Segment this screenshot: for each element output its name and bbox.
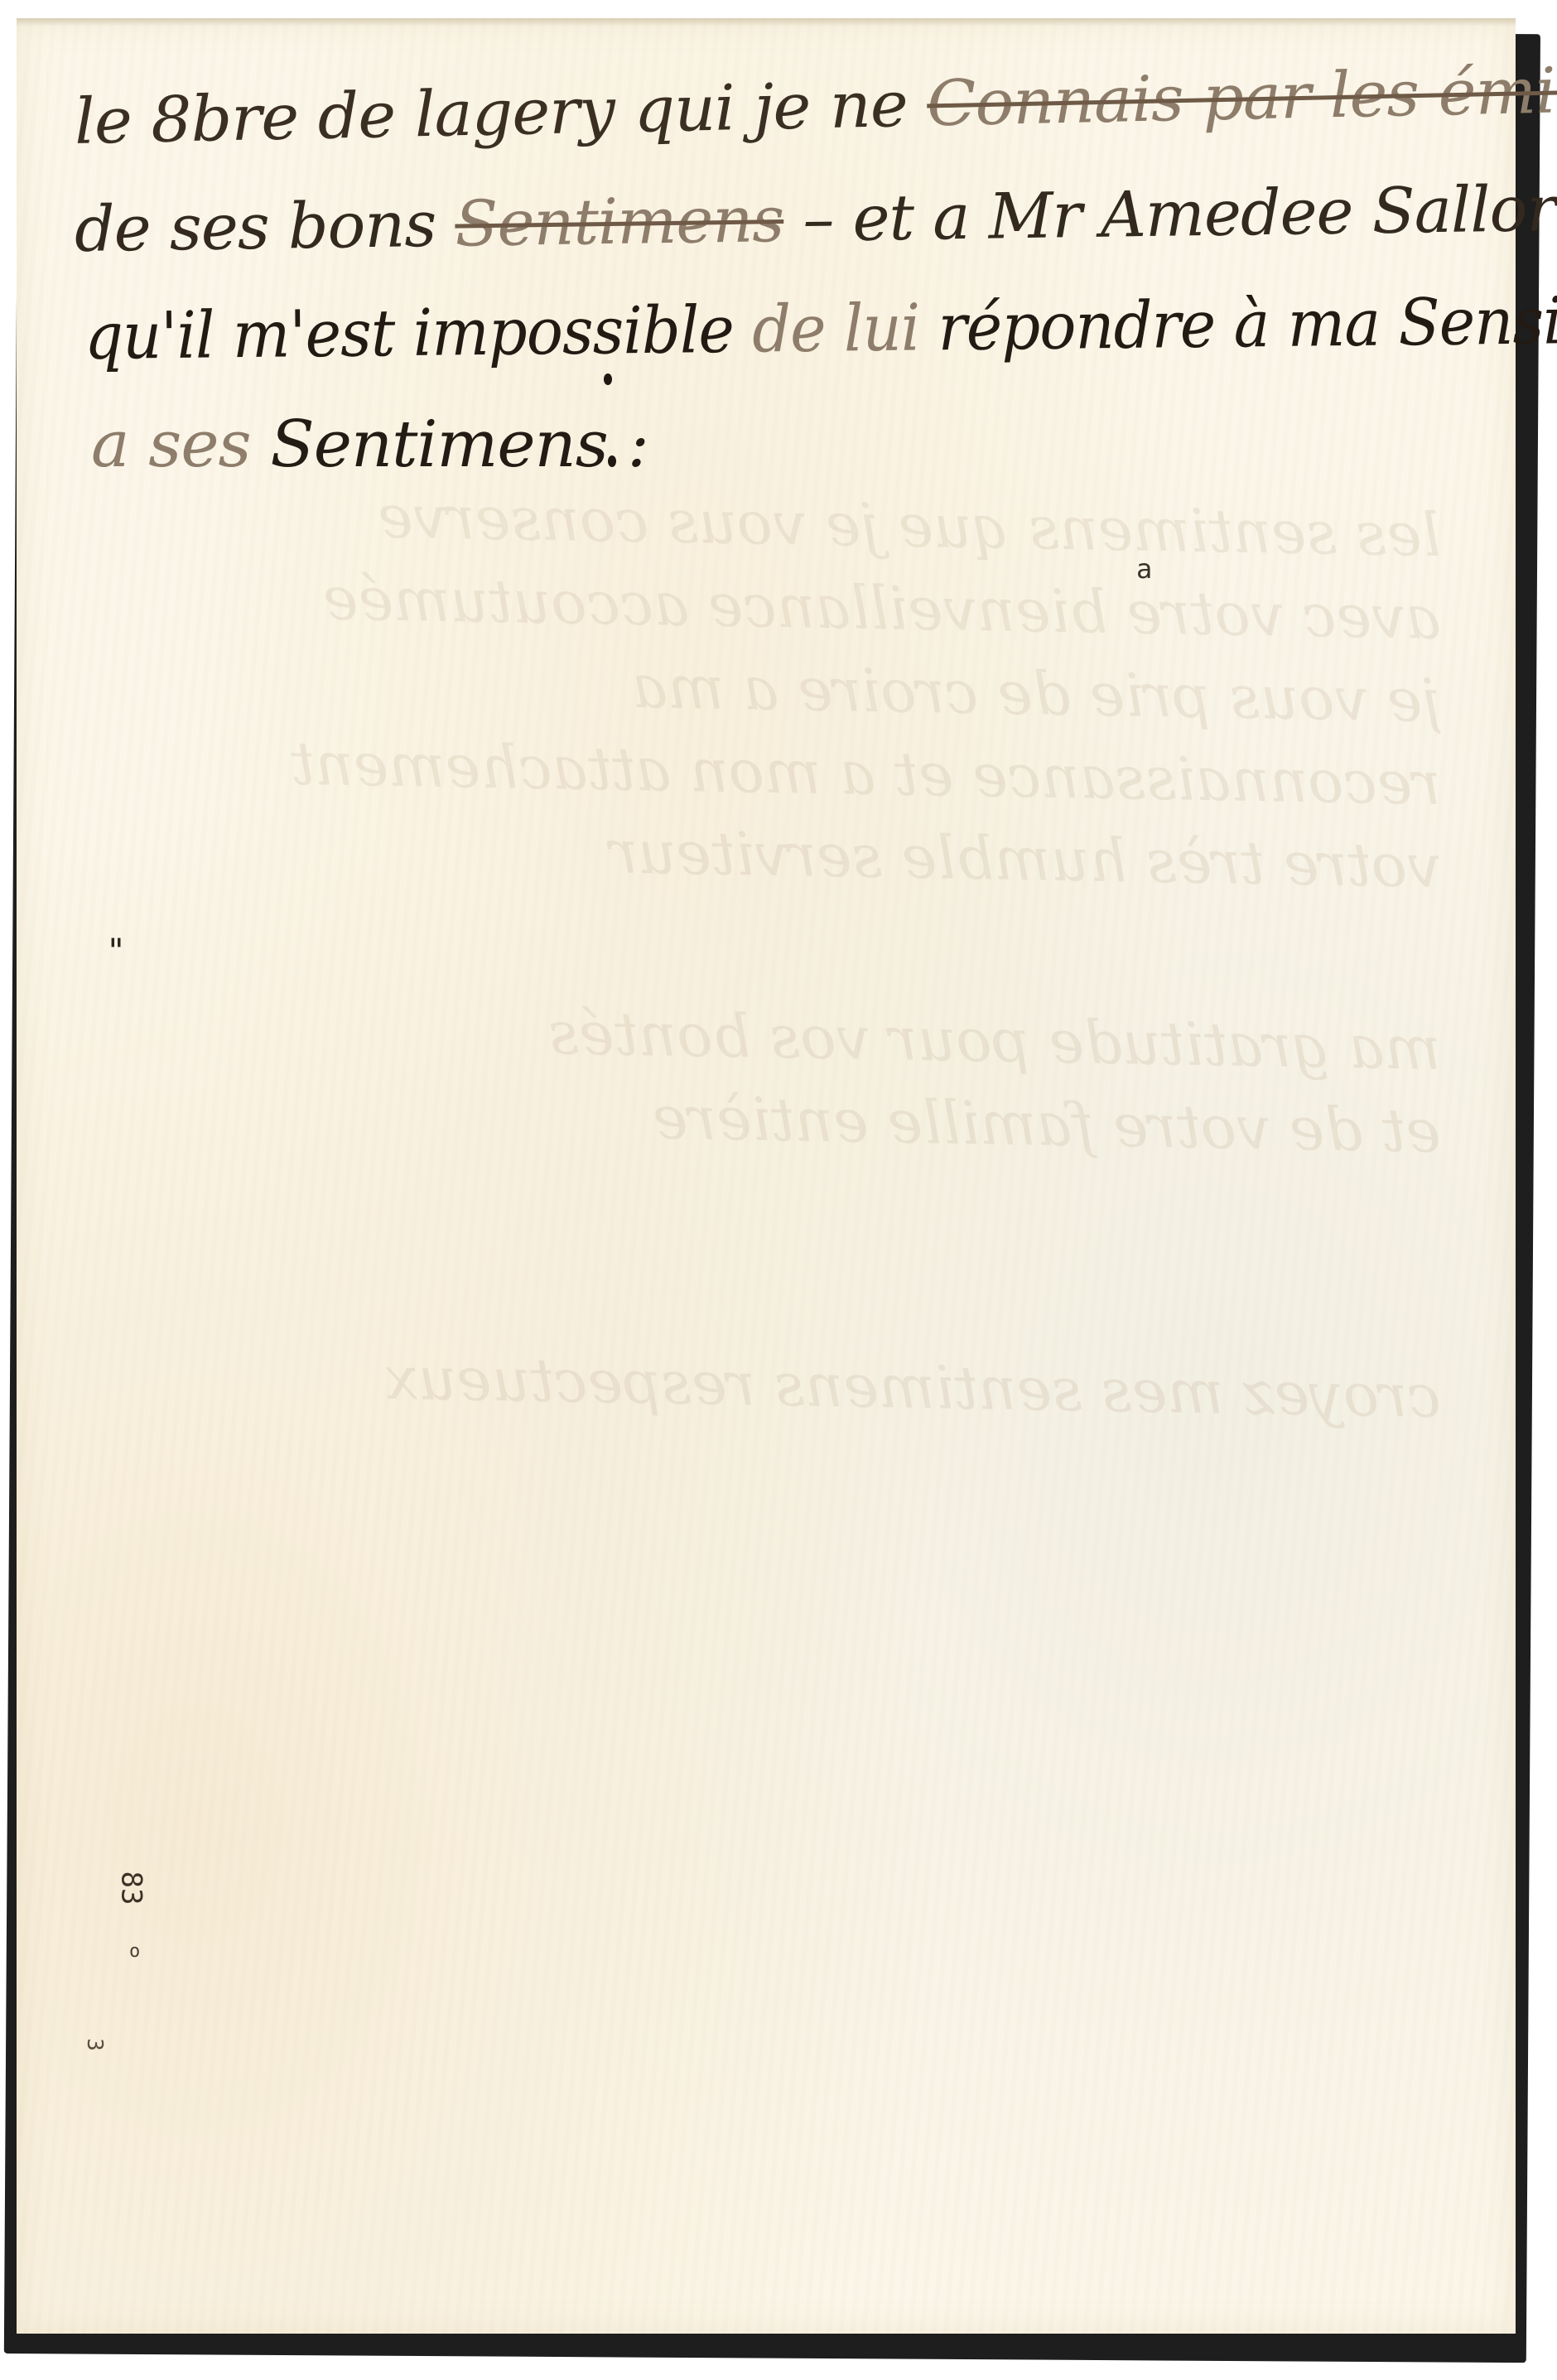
ink-dot bbox=[608, 455, 616, 467]
handwritten-line-3: qu'il m'est impossible de lui répondre à… bbox=[84, 282, 1557, 374]
bleed-through-line: croyez mes sentimens respectueux bbox=[115, 1332, 1442, 1438]
line-3-faded-text: de lui bbox=[752, 291, 938, 367]
handwritten-line-1: le 8bre de lagery qui je ne Connais par … bbox=[74, 51, 1557, 158]
pencil-mark-small: o bbox=[129, 1941, 140, 1962]
ink-dot bbox=[604, 373, 612, 385]
pencil-mark-edge: 3 bbox=[82, 2038, 107, 2051]
bleed-through-text: les sentimens que je vous conserve avec … bbox=[116, 482, 1441, 1426]
line-2-struck-text: Sentimens bbox=[455, 182, 784, 261]
line-1-text: le 8bre de lagery qui je ne bbox=[74, 66, 928, 158]
line-2-text-end: – et a Mr Amedee Sallord bbox=[783, 171, 1557, 256]
line-4-faded-text: a ses bbox=[91, 407, 270, 482]
margin-mark-letter: a bbox=[1136, 553, 1152, 585]
line-3-text: qu'il m'est impossible bbox=[84, 293, 753, 374]
line-2-text: de ses bons bbox=[74, 187, 456, 266]
line-1-struck-text: Connais par les émineux bbox=[926, 51, 1557, 141]
line-3-text-end: répondre à ma Sensibilité bbox=[938, 282, 1557, 365]
margin-mark-quote: " bbox=[106, 932, 126, 971]
manuscript-page: les sentimens que je vous conserve avec … bbox=[17, 18, 1516, 2334]
handwritten-line-2: de ses bons Sentimens – et a Mr Amedee S… bbox=[74, 171, 1557, 266]
pencil-page-number: 83 bbox=[114, 1872, 147, 1905]
line-4-text: Sentimens : bbox=[270, 407, 648, 482]
handwritten-line-4: a ses Sentimens : bbox=[91, 407, 648, 482]
